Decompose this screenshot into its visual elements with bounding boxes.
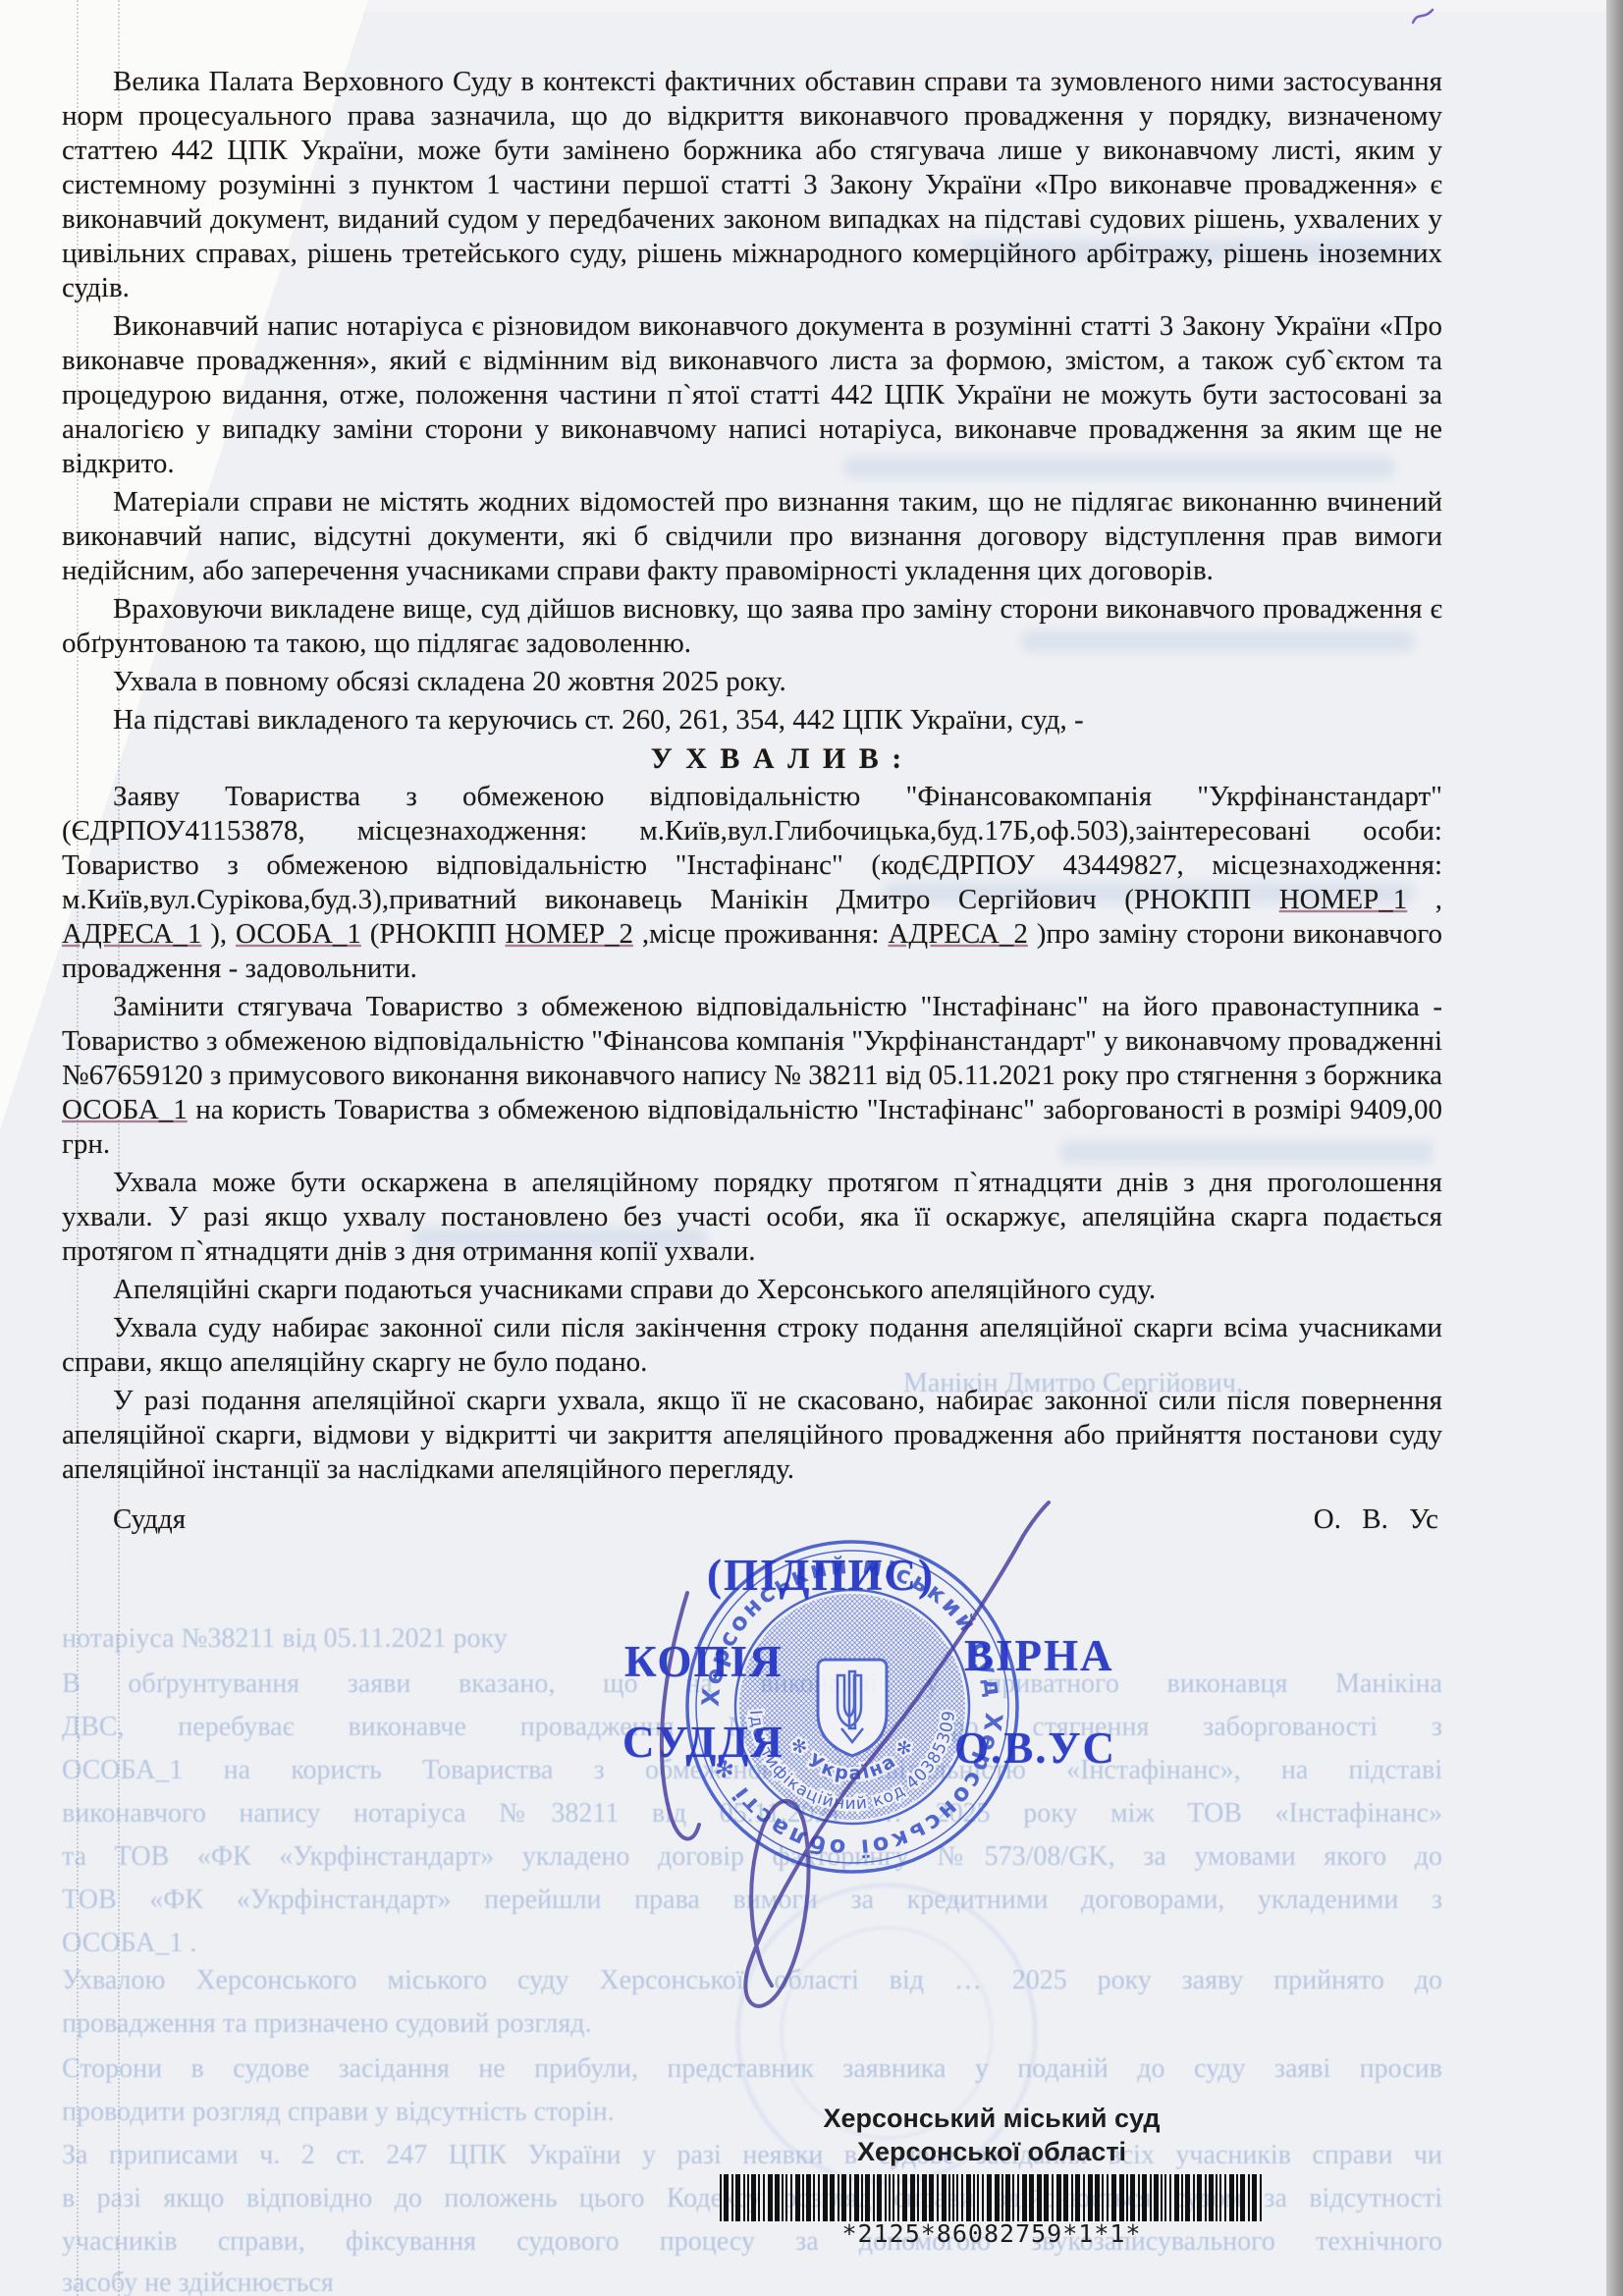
resolution-heading: У Х В А Л И В : (62, 741, 1442, 776)
judge-name: О. В. Ус (1314, 1503, 1442, 1537)
bleedthrough-line: нотаріуса №38211 від 05.11.2021 року (62, 1622, 612, 1656)
scanned-court-order-page: Манікін Дмитро Сергійович,нотаріуса №382… (0, 0, 1623, 2296)
paragraph: Велика Палата Верховного Суду в контекст… (62, 65, 1442, 305)
judge-signature (589, 1473, 1139, 2082)
anonymized-token: ОСОБА_1 (62, 1094, 188, 1125)
anonymized-token: АДРЕСА_2 (888, 918, 1027, 950)
paragraph: Враховуючи викладене вище, суд дійшов ви… (62, 592, 1442, 661)
anonymized-token: ОСОБА_1 (236, 918, 361, 950)
paragraph: Замінити стягувача Товариство з обмежено… (62, 990, 1442, 1162)
scan-right-edge (1606, 0, 1623, 2296)
paragraph: Матеріали справи не містять жодних відом… (62, 485, 1442, 588)
anonymized-token: НОМЕР_1 (1279, 884, 1408, 915)
paragraph: Ухвала може бути оскаржена в апеляційном… (62, 1166, 1442, 1269)
pen-tick-mark (1412, 8, 1435, 27)
paragraph: Апеляційні скарги подаються учасниками с… (62, 1273, 1442, 1307)
bleedthrough-line: ОСОБА_1 . (62, 1927, 317, 1960)
footer-court-name-line1: Херсонський міський суд (677, 2102, 1306, 2135)
anonymized-token: АДРЕСА_1 (62, 918, 201, 950)
paragraph: Заяву Товариства з обмеженою відповідаль… (62, 780, 1442, 986)
case-barcode (677, 2174, 1306, 2221)
paragraph: Ухвала суду набирає законної сили після … (62, 1311, 1442, 1380)
barcode-value: *2125*86082759*1*1* (677, 2219, 1306, 2248)
paragraph: Ухвала в повному обсязі складена 20 жовт… (62, 665, 1442, 699)
order-text: Велика Палата Верховного Суду в контекст… (62, 65, 1442, 1537)
operative-section: Заяву Товариства з обмеженою відповідаль… (62, 780, 1442, 1487)
paragraph: Виконавчий напис нотаріуса є різновидом … (62, 309, 1442, 481)
anonymized-token: НОМЕР_2 (505, 918, 633, 950)
bleedthrough-line: засобу не здійснюється (62, 2267, 572, 2296)
footer-barcode-block: Херсонський міський суд Херсонської обла… (677, 2102, 1306, 2248)
reasoning-section: Велика Палата Верховного Суду в контекст… (62, 65, 1442, 738)
judge-title-label: Суддя (62, 1503, 186, 1537)
paragraph: На підставі викладеного та керуючись ст.… (62, 703, 1442, 738)
footer-court-name-line2: Херсонської області (677, 2135, 1306, 2168)
